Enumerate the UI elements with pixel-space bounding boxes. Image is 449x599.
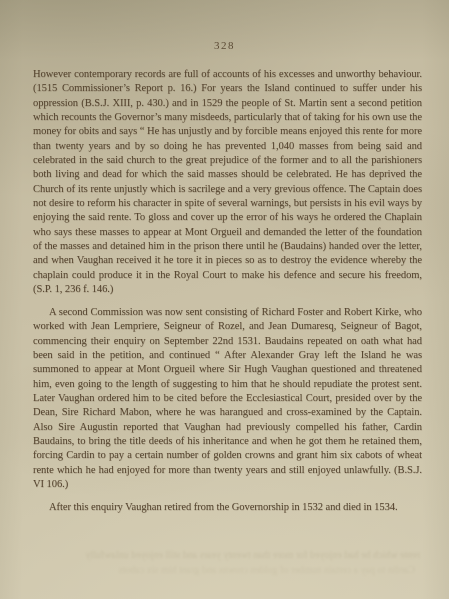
page-number: 328 bbox=[0, 40, 449, 52]
showthrough-ghost-text: rente which he had enjoyed for more than… bbox=[58, 550, 420, 562]
paragraph-second-commission: A second Commission was now sent consist… bbox=[33, 306, 422, 492]
page-text-column: However contemporary records are full of… bbox=[33, 68, 422, 515]
paragraph-vaughan-retirement: After this enquiry Vaughan retired from … bbox=[33, 501, 422, 515]
paragraph-governor-excesses: However contemporary records are full of… bbox=[33, 68, 422, 298]
book-page-scan: 328 However contemporary records are ful… bbox=[0, 0, 449, 599]
showthrough-ghost-text: Cardin to pay a certain number of golden… bbox=[85, 565, 415, 577]
